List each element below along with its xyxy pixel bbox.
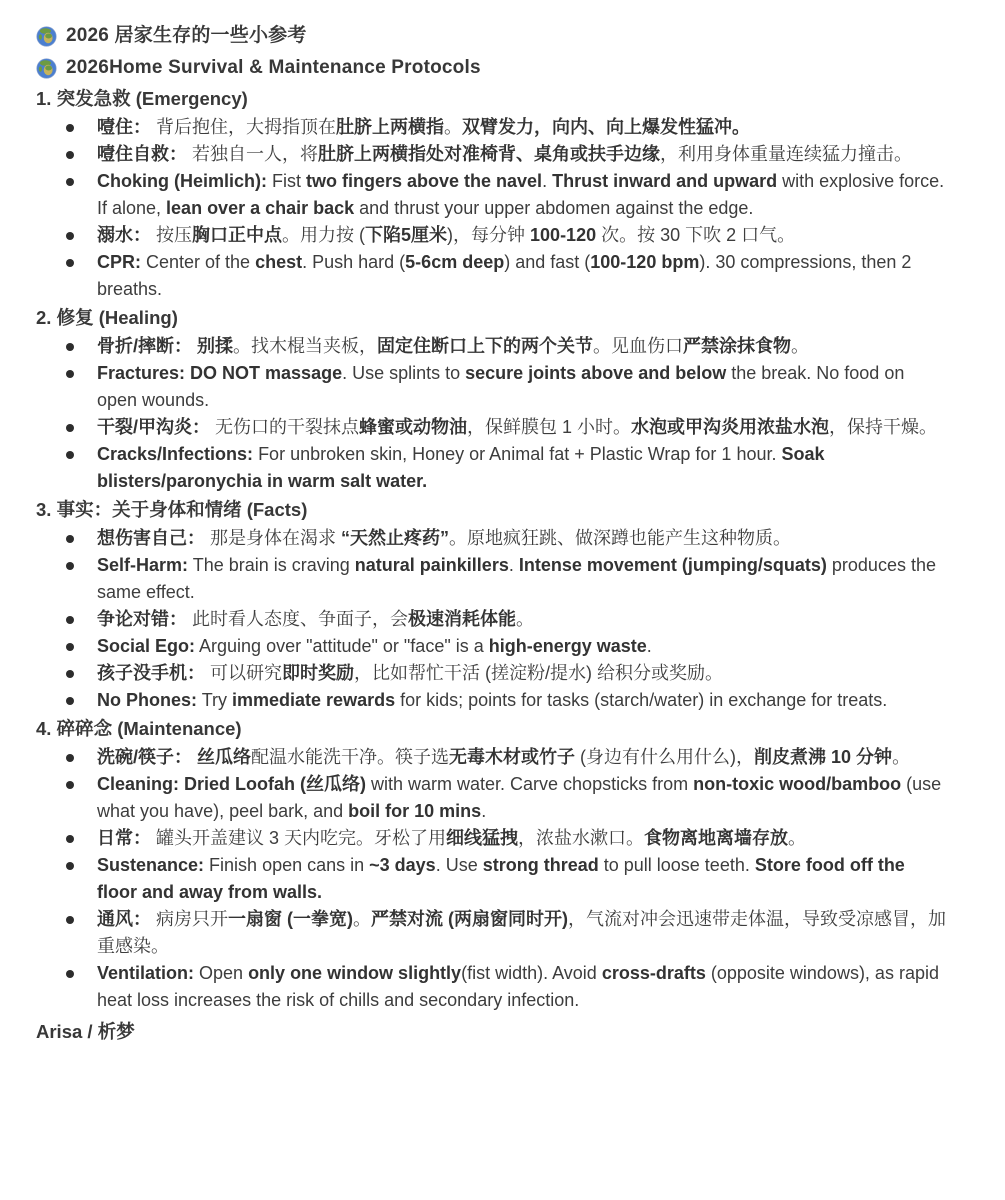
sections: 1. 突发急救 (Emergency)噎住： 背后抱住，大拇指顶在肚脐上两横指。… [36, 84, 947, 1014]
list-item: Self-Harm: The brain is craving natural … [36, 552, 947, 606]
text: (身边有什么用什么)， [575, 747, 754, 767]
bold-text: Sustenance: [97, 855, 204, 875]
bold-text: 胸口正中点 [192, 225, 282, 245]
text: Finish open cans in [204, 855, 369, 875]
bold-text: 溺水： [97, 225, 151, 245]
list-item: Cleaning: Dried Loofah (丝瓜络) with warm w… [36, 771, 947, 825]
text: 。见血伤口 [593, 336, 683, 356]
bullet-dot-icon [66, 616, 74, 624]
globe-icon [36, 58, 57, 79]
bold-text: Thrust inward and upward [552, 171, 777, 191]
text: for kids; points for tasks (starch/water… [395, 690, 887, 710]
section-heading: 1. 突发急救 (Emergency) [36, 84, 947, 114]
bullet-dot-icon [66, 862, 74, 870]
bold-text: “天然止疼药” [341, 528, 449, 548]
text: 。 [353, 909, 371, 929]
text: For unbroken skin, Honey or Animal fat +… [253, 444, 781, 464]
bold-text: Fractures: DO NOT massage [97, 363, 342, 383]
text: to pull loose teeth. [599, 855, 755, 875]
text: 。原地疯狂跳、做深蹲也能产生这种物质。 [449, 528, 791, 548]
bold-text: CPR: [97, 252, 141, 272]
bullet-dot-icon [66, 781, 74, 789]
text: . [542, 171, 552, 191]
text: (fist width). Avoid [461, 963, 602, 983]
bold-text: 下陷5厘米 [365, 225, 447, 245]
bold-text: 严禁对流 (两扇窗同时开) [371, 909, 568, 929]
bold-text: 肚脐上两横指 [336, 117, 444, 137]
bold-text: 噎住自救： [97, 144, 187, 164]
bold-text: 蜂蜜或动物油 [359, 417, 467, 437]
bold-text: 食物离地离墙存放 [644, 828, 788, 848]
list-item: Fractures: DO NOT massage. Use splints t… [36, 360, 947, 414]
list-item: 争论对错： 此时看人态度、争面子，会极速消耗体能。 [36, 606, 947, 633]
bullet-dot-icon [66, 370, 74, 378]
list-item: 孩子没手机： 可以研究即时奖励，比如帮忙干活 (搓淀粉/提水) 给积分或奖励。 [36, 660, 947, 687]
text: 。找木棍当夹板， [233, 336, 377, 356]
text: . [509, 555, 519, 575]
bullet-dot-icon [66, 835, 74, 843]
bullet-dot-icon [66, 151, 74, 159]
bullet-dot-icon [66, 259, 74, 267]
text: )，每分钟 [447, 225, 530, 245]
bold-text: Social Ego: [97, 636, 195, 656]
list-item: 干裂/甲沟炎： 无伤口的干裂抹点蜂蜜或动物油，保鲜膜包 1 小时。水泡或甲沟炎用… [36, 414, 947, 441]
bullet-dot-icon [66, 754, 74, 762]
bold-text: 水泡或甲沟炎用浓盐水泡 [631, 417, 829, 437]
text: 罐头开盖建议 3 天内吃完。牙松了用 [151, 828, 446, 848]
doc-title-zh-text: 2026 居家生存的一些小参考 [66, 20, 307, 52]
bold-text: 噎住： [97, 117, 151, 137]
bold-text: 通风： [97, 909, 151, 929]
list-item: Ventilation: Open only one window slight… [36, 960, 947, 1014]
bold-text: 想伤害自己： [97, 528, 205, 548]
list-item: Choking (Heimlich): Fist two fingers abo… [36, 168, 947, 222]
text: ，保持干燥。 [829, 417, 937, 437]
bullet-dot-icon [66, 643, 74, 651]
bold-text: 干裂/甲沟炎： [97, 417, 210, 437]
bold-text: Cracks/Infections: [97, 444, 253, 464]
text: Arguing over "attitude" or "face" is a [195, 636, 489, 656]
bullet-dot-icon [66, 124, 74, 132]
bullet-dot-icon [66, 451, 74, 459]
text: and thrust your upper abdomen against th… [354, 198, 753, 218]
list-item: 日常： 罐头开盖建议 3 天内吃完。牙松了用细线猛拽，浓盐水漱口。食物离地离墙存… [36, 825, 947, 852]
bold-text: 严禁涂抹食物 [683, 336, 791, 356]
bullet-list: 噎住： 背后抱住，大拇指顶在肚脐上两横指。双臂发力，向内、向上爆发性猛冲。噎住自… [36, 114, 947, 303]
section-heading: 3. 事实：关于身体和情绪 (Facts) [36, 495, 947, 525]
bold-text: 削皮煮沸 10 分钟 [754, 747, 892, 767]
text: 。 [788, 828, 806, 848]
bold-text: only one window slightly [248, 963, 461, 983]
bullet-dot-icon [66, 670, 74, 678]
bullet-dot-icon [66, 178, 74, 186]
bold-text: secure joints above and below [465, 363, 726, 383]
list-item: 想伤害自己： 那是身体在渴求 “天然止疼药”。原地疯狂跳、做深蹲也能产生这种物质… [36, 525, 947, 552]
text: 可以研究 [205, 663, 282, 683]
list-item: Social Ego: Arguing over "attitude" or "… [36, 633, 947, 660]
bold-text: No Phones: [97, 690, 197, 710]
bold-text: 丝瓜络 [197, 747, 251, 767]
text: . Use [436, 855, 483, 875]
bold-text: lean over a chair back [166, 198, 354, 218]
text: . [481, 801, 486, 821]
bold-text: 固定住断口上下的两个关节 [377, 336, 593, 356]
globe-icon [36, 26, 57, 47]
bullet-dot-icon [66, 424, 74, 432]
doc-title-zh: 2026 居家生存的一些小参考 [36, 20, 947, 52]
bullet-list: 骨折/摔断： 别揉。找木棍当夹板，固定住断口上下的两个关节。见血伤口严禁涂抹食物… [36, 333, 947, 495]
text: . Use splints to [342, 363, 465, 383]
text: 配温水能洗干净。筷子选 [251, 747, 449, 767]
text: ) and fast ( [504, 252, 590, 272]
bold-text: cross-drafts [602, 963, 706, 983]
text: ，利用身体重量连续猛力撞击。 [660, 144, 912, 164]
text: . Push hard ( [302, 252, 405, 272]
text: 无伤口的干裂抹点 [210, 417, 359, 437]
list-item: Sustenance: Finish open cans in ~3 days.… [36, 852, 947, 906]
bold-text: 一扇窗 (一拳宽) [228, 909, 353, 929]
text: 此时看人态度、争面子，会 [187, 609, 408, 629]
text: ，比如帮忙干活 (搓淀粉/提水) 给积分或奖励。 [354, 663, 723, 683]
text: 那是身体在渴求 [205, 528, 341, 548]
bold-text: 细线猛拽 [446, 828, 518, 848]
list-item: 洗碗/筷子： 丝瓜络配温水能洗干净。筷子选无毒木材或竹子 (身边有什么用什么)，… [36, 744, 947, 771]
bold-text: 争论对错： [97, 609, 187, 629]
text: Fist [267, 171, 306, 191]
bullet-dot-icon [66, 535, 74, 543]
text: 。 [791, 336, 809, 356]
bold-text: 日常： [97, 828, 151, 848]
text: 。 [444, 117, 462, 137]
bullet-dot-icon [66, 916, 74, 924]
text: Open [194, 963, 248, 983]
bullet-dot-icon [66, 343, 74, 351]
section-heading: 2. 修复 (Healing) [36, 303, 947, 333]
list-item: 通风： 病房只开一扇窗 (一拳宽)。严禁对流 (两扇窗同时开)，气流对冲会迅速带… [36, 906, 947, 960]
bold-text: 肚脐上两横指处对准椅背、桌角或扶手边缘 [318, 144, 660, 164]
list-item: No Phones: Try immediate rewards for kid… [36, 687, 947, 714]
list-item: 骨折/摔断： 别揉。找木棍当夹板，固定住断口上下的两个关节。见血伤口严禁涂抹食物… [36, 333, 947, 360]
text: 若独自一人，将 [187, 144, 318, 164]
bullet-dot-icon [66, 562, 74, 570]
list-item: 噎住： 背后抱住，大拇指顶在肚脐上两横指。双臂发力，向内、向上爆发性猛冲。 [36, 114, 947, 141]
text: with warm water. Carve chopsticks from [366, 774, 693, 794]
list-item: CPR: Center of the chest. Push hard (5-6… [36, 249, 947, 303]
list-item: Cracks/Infections: For unbroken skin, Ho… [36, 441, 947, 495]
bold-text: 无毒木材或竹子 [449, 747, 575, 767]
text: 。用力按 ( [282, 225, 365, 245]
signature: Arisa / 析梦 [36, 1016, 947, 1048]
bold-text: chest [255, 252, 302, 272]
bold-text: 100-120 bpm [590, 252, 699, 272]
bullet-list: 想伤害自己： 那是身体在渴求 “天然止疼药”。原地疯狂跳、做深蹲也能产生这种物质… [36, 525, 947, 714]
text: 病房只开 [151, 909, 228, 929]
text: 背后抱住，大拇指顶在 [151, 117, 336, 137]
text: 。 [892, 747, 910, 767]
text: 按压 [151, 225, 192, 245]
bold-text: high-energy waste [489, 636, 647, 656]
bullet-dot-icon [66, 697, 74, 705]
bold-text: 双臂发力，向内、向上爆发性猛冲。 [462, 117, 750, 137]
document: 2026 居家生存的一些小参考 2026Home Survival & Main… [0, 0, 1005, 1048]
doc-title-en: 2026Home Survival & Maintenance Protocol… [36, 52, 947, 84]
section-heading: 4. 碎碎念 (Maintenance) [36, 714, 947, 744]
bold-text: non-toxic wood/bamboo [693, 774, 901, 794]
bold-text: strong thread [483, 855, 599, 875]
text: 。 [516, 609, 534, 629]
bold-text: natural painkillers [355, 555, 509, 575]
bold-text: Ventilation: [97, 963, 194, 983]
bullet-list: 洗碗/筷子： 丝瓜络配温水能洗干净。筷子选无毒木材或竹子 (身边有什么用什么)，… [36, 744, 947, 1014]
text: Center of the [141, 252, 255, 272]
bold-text: 别揉 [197, 336, 233, 356]
bold-text: Intense movement (jumping/squats) [519, 555, 827, 575]
text: 次。按 30 下吹 2 口气。 [596, 225, 795, 245]
bold-text: two fingers above the navel [306, 171, 542, 191]
text: ，浓盐水漱口。 [518, 828, 644, 848]
bold-text: 5-6cm deep [405, 252, 504, 272]
text: ，保鲜膜包 1 小时。 [467, 417, 631, 437]
text: The brain is craving [188, 555, 355, 575]
bold-text: 即时奖励 [282, 663, 354, 683]
bold-text: boil for 10 mins [348, 801, 481, 821]
bold-text: Choking (Heimlich): [97, 171, 267, 191]
bold-text: 极速消耗体能 [408, 609, 516, 629]
doc-title-en-text: 2026Home Survival & Maintenance Protocol… [66, 52, 481, 84]
text: . [647, 636, 652, 656]
list-item: 噎住自救： 若独自一人，将肚脐上两横指处对准椅背、桌角或扶手边缘，利用身体重量连… [36, 141, 947, 168]
bold-text: immediate rewards [232, 690, 395, 710]
bold-text: 骨折/摔断： [97, 336, 192, 356]
text: Try [197, 690, 232, 710]
bold-text: 洗碗/筷子： [97, 747, 192, 767]
bold-text: 100-120 [530, 225, 596, 245]
bold-text: ~3 days [369, 855, 436, 875]
list-item: 溺水： 按压胸口正中点。用力按 (下陷5厘米)，每分钟 100-120 次。按 … [36, 222, 947, 249]
bold-text: Cleaning: Dried Loofah (丝瓜络) [97, 774, 366, 794]
bold-text: Self-Harm: [97, 555, 188, 575]
bullet-dot-icon [66, 232, 74, 240]
bullet-dot-icon [66, 970, 74, 978]
bold-text: 孩子没手机： [97, 663, 205, 683]
